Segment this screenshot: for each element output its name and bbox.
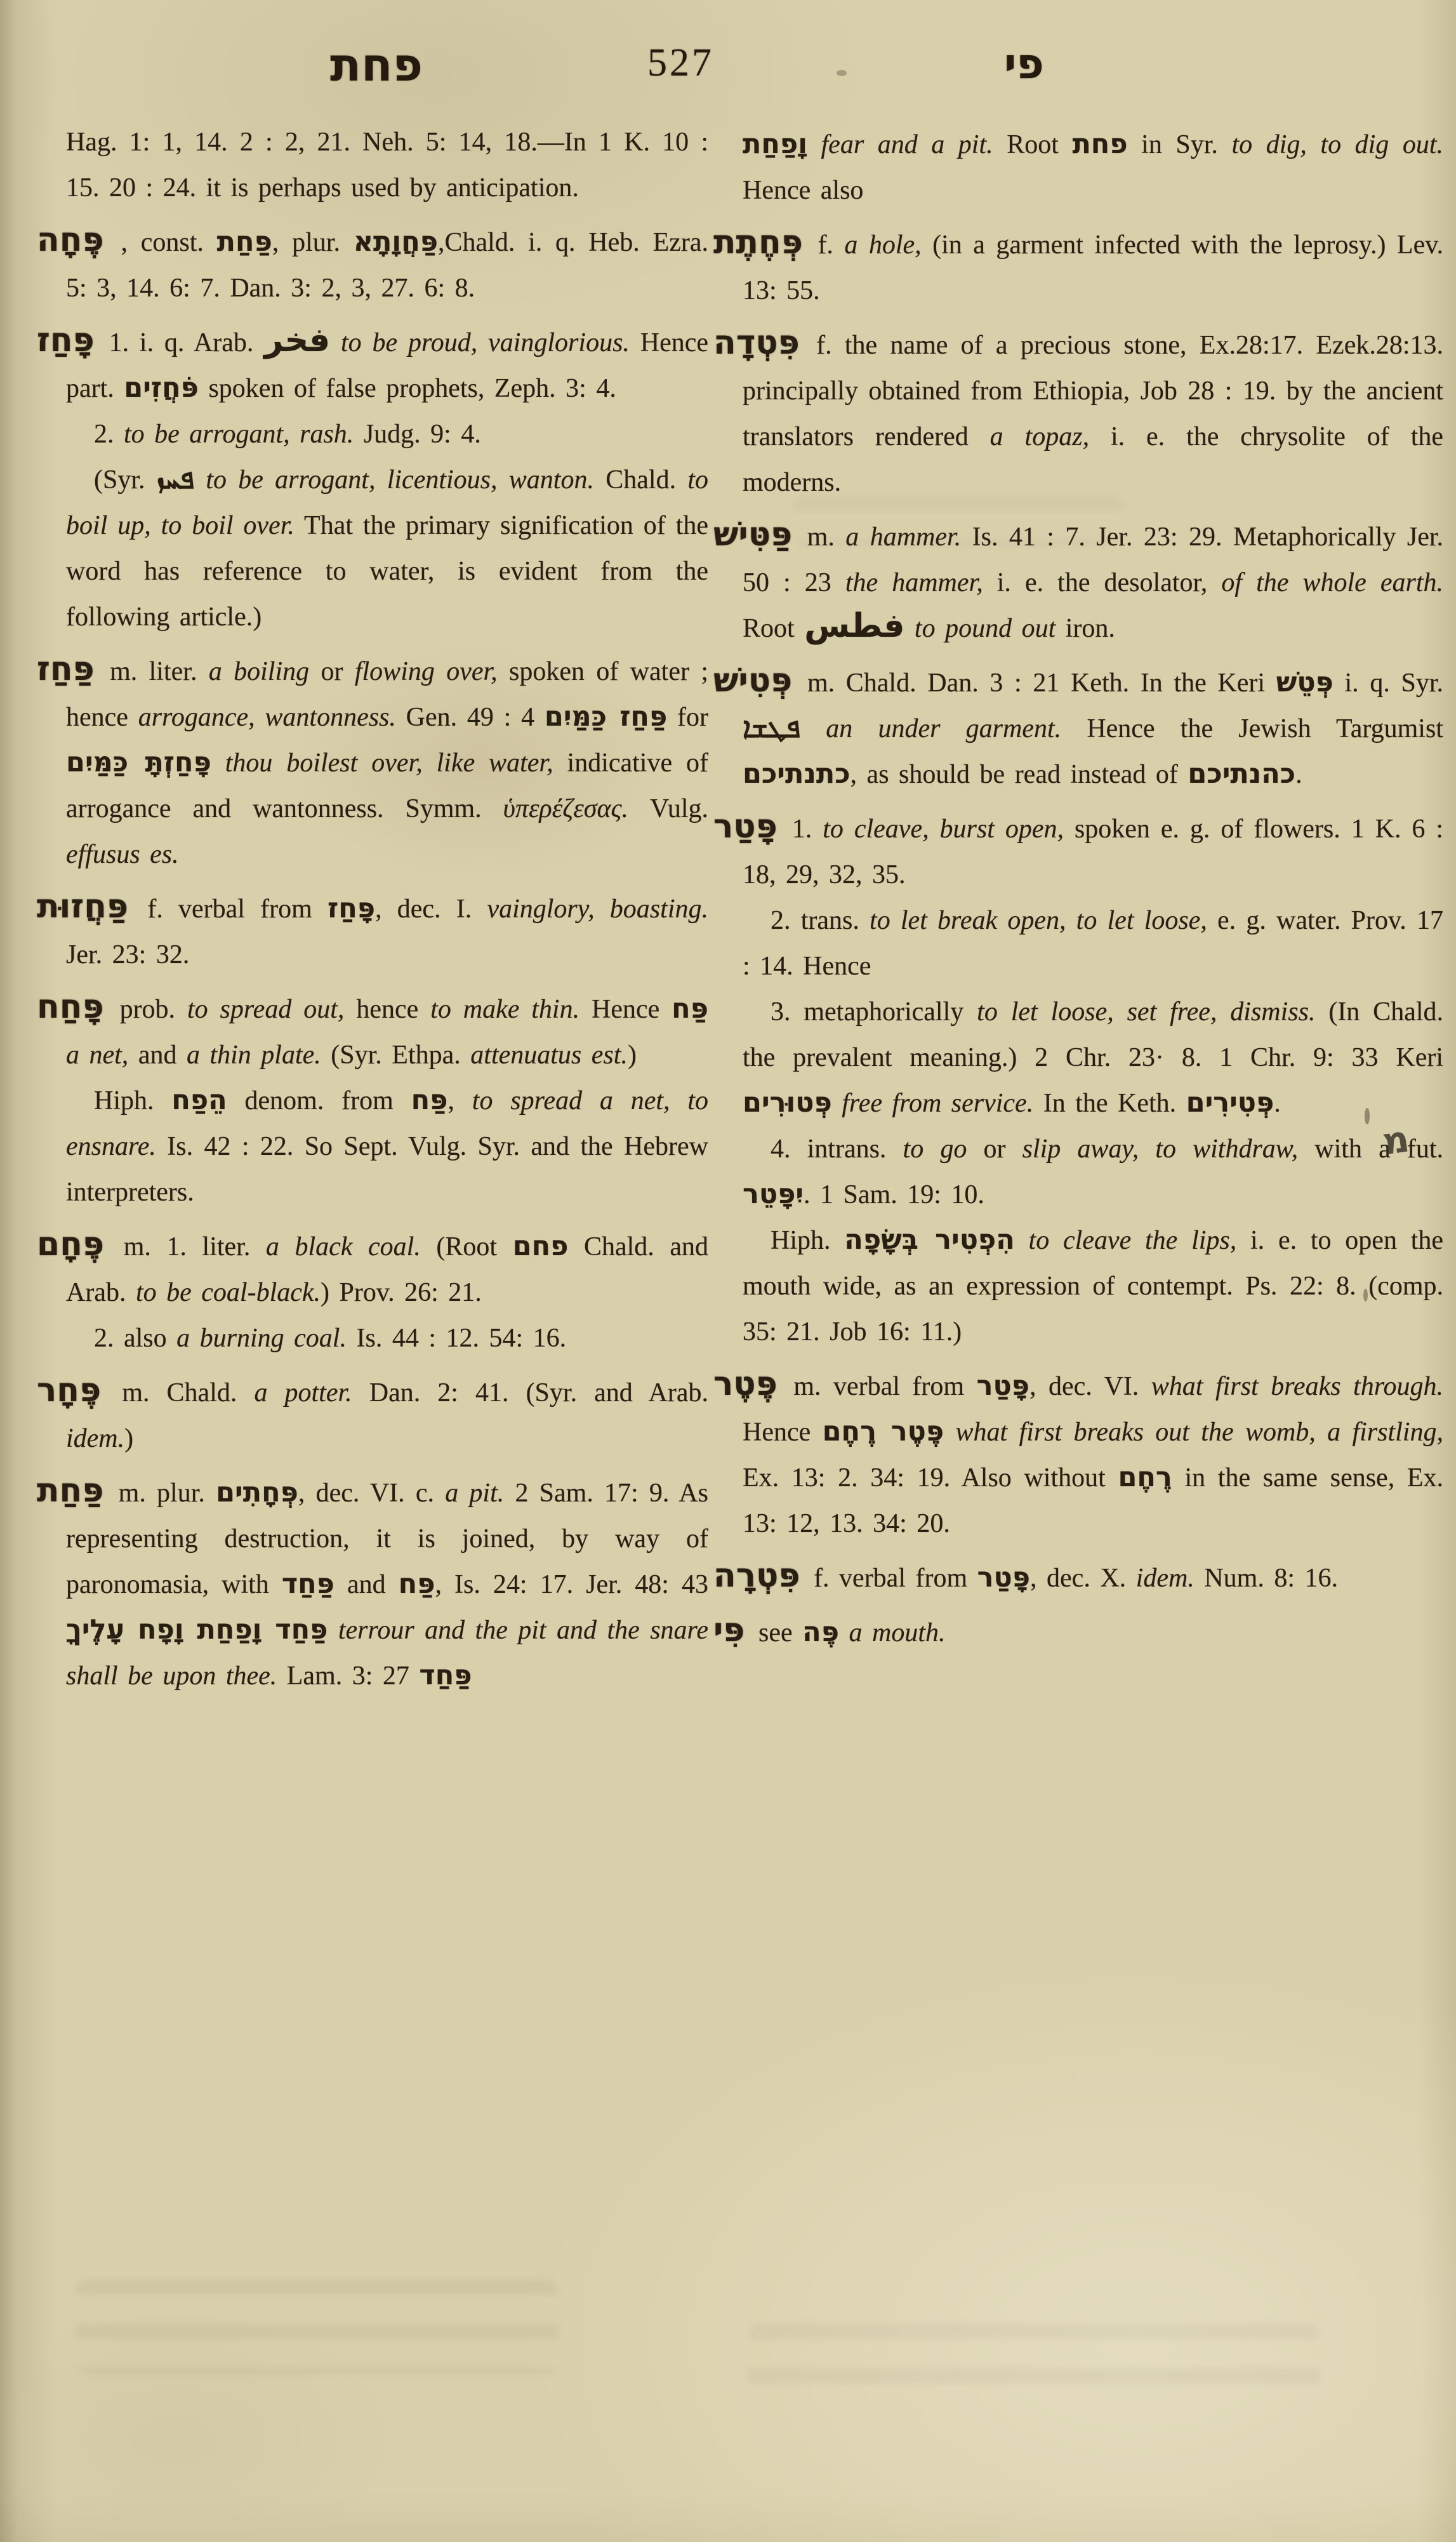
roman-text: . — [1295, 760, 1302, 789]
roman-text: Hiph. — [94, 1086, 171, 1115]
italic-text: a black coal. — [266, 1232, 421, 1261]
inline-hebrew: פחם — [513, 1230, 569, 1262]
dictionary-entry-paragraph: פִּי see פֶּה a mouth. — [743, 1610, 1443, 1656]
italic-text: to make thin. — [430, 995, 579, 1024]
roman-text: Is. 44 : 12. 54: 16. — [347, 1324, 566, 1353]
roman-text: Hence also — [743, 176, 863, 205]
roman-text — [330, 328, 341, 357]
inline-hebrew: פָּחַז — [328, 893, 375, 924]
roman-text: see — [758, 1618, 802, 1647]
italic-text: a burning coal. — [176, 1324, 347, 1353]
roman-text: (Syr. Ethpa. — [321, 1041, 470, 1070]
italic-text: a net, — [66, 1041, 128, 1070]
page-header: פחת 527 פי — [0, 33, 1456, 103]
dictionary-entry-paragraph: 2. trans. to let break open, to let loos… — [743, 898, 1443, 989]
roman-text — [807, 130, 821, 159]
roman-text: , as should be read instead of — [850, 760, 1188, 789]
inline-hebrew: פַּח — [672, 993, 708, 1025]
inline-hebrew: רֶחֶם — [1118, 1461, 1172, 1493]
italic-text: attenuatus est. — [470, 1041, 628, 1070]
roman-text: m. plur. — [119, 1479, 216, 1508]
roman-text: Vulg. — [628, 794, 708, 823]
roman-text: Hence — [579, 995, 672, 1024]
continuation-paragraph: וָפַחַת fear and a pit. Root פחת in Syr.… — [743, 122, 1443, 213]
bleedthrough-smudge — [76, 2279, 559, 2374]
italic-text: a mouth. — [849, 1618, 945, 1647]
inline-hebrew: פְּטֵשׁ — [1276, 667, 1334, 698]
inline-hebrew: פַּחֲוָתָא — [354, 226, 438, 258]
italic-text: vainglory, boasting. — [487, 895, 708, 924]
roman-text: 1. i. q. Arab. — [109, 328, 265, 357]
italic-text: a boiling — [209, 657, 309, 686]
roman-text: i. e. the desolator, — [983, 568, 1222, 597]
header-catchword-right: פי — [1004, 39, 1044, 88]
dictionary-entry-paragraph: פֶּחָה , const. פַּחַת, plur. פַּחֲוָתָא… — [66, 220, 708, 311]
italic-text: effusus es. — [66, 840, 179, 869]
inline-hebrew: פַּח — [411, 1084, 448, 1116]
roman-text: , plur. — [272, 228, 354, 257]
roman-text: , dec. I. — [375, 895, 487, 924]
italic-text: a pit. — [445, 1479, 504, 1508]
roman-text — [800, 714, 826, 743]
roman-text: , — [447, 1086, 472, 1115]
dictionary-entry-paragraph: פְּחֶתֶת f. a hole, (in a garment infect… — [743, 222, 1443, 314]
dictionary-entry-paragraph: פַּחַת m. plur. פְּחָתִים, dec. VI. c. a… — [66, 1470, 708, 1699]
italic-text: a topaz, — [990, 422, 1089, 451]
hebrew-headword: פַּחֲזוּת — [37, 888, 132, 926]
italic-text: thou boilest over, like water, — [225, 749, 553, 778]
bleedthrough-smudge — [749, 2324, 1320, 2400]
italic-text: to be proud, vainglorious. — [341, 328, 630, 357]
italic-text: idem. — [1136, 1564, 1195, 1593]
dictionary-entry-paragraph: פִּטְדָה f. the name of a precious stone… — [743, 323, 1443, 505]
italic-text: to let loose, set free, dismiss. — [977, 997, 1315, 1027]
dictionary-entry-paragraph: פָּטַר 1. to cleave, burst open, spoken … — [743, 806, 1443, 898]
italic-text: to cleave the lips, — [1029, 1226, 1237, 1255]
dictionary-entry-paragraph: פֶּטֶר m. verbal from פָּטַר, dec. VI. w… — [743, 1364, 1443, 1547]
dictionary-entry-paragraph: 3. metaphorically to let loose, set free… — [743, 989, 1443, 1126]
hebrew-headword: פֶּחָה — [37, 221, 108, 259]
roman-text: , dec. VI. c. — [298, 1479, 445, 1508]
roman-text: , dec. X. — [1030, 1564, 1136, 1593]
hebrew-headword: פְּחֶתֶת — [713, 223, 807, 262]
inline-hebrew: כהנתיכם — [1188, 758, 1295, 790]
hebrew-headword: פֶּחָם — [37, 1225, 108, 1263]
italic-text: to be arrogant, licentious, wanton. — [206, 465, 594, 495]
dictionary-entry-paragraph: 2. to be arrogant, rash. Judg. 9: 4. — [66, 411, 708, 457]
italic-text: to let break open, to let loose, — [870, 906, 1207, 935]
roman-text: Num. 8: 16. — [1195, 1564, 1338, 1593]
roman-text: Hence the Jewish Targumist — [1061, 714, 1443, 743]
inline-hebrew: פֶּטֶר רֶחֶם — [823, 1416, 944, 1447]
hebrew-headword: פִּי — [713, 1611, 749, 1649]
roman-text: denom. from — [227, 1086, 411, 1115]
italic-text: an under garment. — [826, 714, 1061, 743]
roman-text: Dan. 2: 41. (Syr. and Arab. — [352, 1378, 708, 1407]
hebrew-headword: פֶּטֶר — [713, 1365, 781, 1403]
italic-text: slip away, to withdraw, — [1023, 1135, 1299, 1164]
dictionary-entry-paragraph: Hiph. הֵפַח denom. from פַּח, to spread … — [66, 1078, 708, 1215]
hebrew-headword: פָּטַר — [713, 808, 781, 846]
roman-text: Hiph. — [771, 1226, 844, 1255]
paper-speck — [837, 70, 847, 76]
book-page: פחת 527 פי Hag. 1: 1, 14. 2 : 2, 21. Neh… — [0, 0, 1456, 2542]
roman-text: m. verbal from — [793, 1372, 976, 1401]
roman-text: (Root — [421, 1232, 513, 1261]
inline-hebrew: פַּחַד — [419, 1660, 472, 1691]
page-number: 527 — [647, 41, 714, 86]
roman-text: m. Chald. — [122, 1378, 254, 1407]
dictionary-entry-paragraph: פִּטְרָה f. verbal from פָּטַר, dec. X. … — [743, 1555, 1443, 1601]
roman-text: i. q. Syr. — [1334, 669, 1443, 698]
inline-hebrew: יִפָּטֵר — [743, 1178, 804, 1210]
roman-text: spoken of false prophets, Zeph. 3: 4. — [199, 374, 616, 403]
hebrew-headword: פָּחַז — [37, 321, 98, 359]
roman-text: m. Chald. Dan. 3 : 21 Keth. In the Keri — [807, 669, 1276, 698]
roman-text: Jer. 23: 32. — [66, 940, 189, 969]
roman-text: prob. — [120, 995, 187, 1024]
roman-text: Ex. 13: 2. 34: 19. Also without — [743, 1463, 1118, 1493]
hebrew-headword: פָּחַח — [37, 988, 108, 1026]
roman-text: in Syr. — [1128, 130, 1232, 159]
roman-text: hence — [344, 995, 430, 1024]
paper-speck — [1363, 1289, 1368, 1301]
dictionary-entry-paragraph: 4. intrans. to go or slip away, to withd… — [743, 1126, 1443, 1218]
italic-text: to be arrogant, rash. — [124, 420, 354, 449]
roman-text: m. liter. — [110, 657, 209, 686]
roman-text: 2. trans. — [771, 906, 870, 935]
roman-text: 4. intrans. — [771, 1135, 903, 1164]
inline-hebrew: הִפְטִיר בְּשָׂפָה — [844, 1224, 1014, 1256]
roman-text: , dec. VI. — [1029, 1372, 1151, 1401]
hebrew-headword: פִּטְרָה — [713, 1557, 804, 1595]
inline-hebrew: פחת — [1072, 128, 1127, 160]
inline-hebrew: הֵפַח — [171, 1084, 227, 1116]
roman-text: Chald. — [594, 465, 687, 495]
dictionary-entry-paragraph: פֶּחָר m. Chald. a potter. Dan. 2: 41. (… — [66, 1370, 708, 1461]
inline-arabic: فخر — [264, 321, 330, 359]
roman-text — [1015, 1226, 1029, 1255]
hebrew-headword: פִּטְדָה — [713, 324, 804, 362]
dictionary-entry-paragraph: פָּחַח prob. to spread out, hence to mak… — [66, 987, 708, 1078]
roman-text: 3. metaphorically — [771, 997, 977, 1027]
roman-text — [904, 614, 915, 643]
hebrew-headword: פַּחַז — [37, 650, 98, 688]
left-column: Hag. 1: 1, 14. 2 : 2, 21. Neh. 5: 14, 18… — [37, 119, 708, 1699]
roman-text — [328, 1616, 338, 1645]
dictionary-entry-paragraph: פֶּחָם m. 1. liter. a black coal. (Root … — [66, 1224, 708, 1315]
paper-speck — [1365, 1108, 1370, 1124]
dictionary-entry-paragraph: 2. also a burning coal. Is. 44 : 12. 54:… — [66, 1315, 708, 1361]
inline-hebrew: פָּחַזְתָּ כַּמַּיִם — [66, 747, 211, 778]
roman-text: 2. — [94, 420, 124, 449]
roman-text: ) — [628, 1041, 637, 1070]
inline-hebrew: פַּחַד — [282, 1568, 334, 1600]
roman-text: Judg. 9: 4. — [354, 420, 481, 449]
dictionary-entry-paragraph: (Syr. ܦܚܙ to be arrogant, licentious, wa… — [66, 457, 708, 640]
roman-text: ) Prov. 26: 21. — [321, 1278, 482, 1307]
hebrew-headword: פְּטִישׁ — [713, 662, 796, 700]
inline-hebrew: פֹּחֲזִים — [124, 372, 199, 404]
dictionary-entry-paragraph: פָּחַז 1. i. q. Arab. فخر to be proud, v… — [66, 320, 708, 411]
inline-syriac: ܦܚܙ — [157, 463, 194, 495]
italic-text: to go — [903, 1135, 967, 1164]
roman-text: 1. — [792, 815, 823, 844]
italic-text: flowing over, — [355, 657, 498, 686]
roman-text: Hence — [743, 1418, 823, 1447]
inline-arabic: فطس — [804, 607, 904, 645]
italic-text: to dig, to dig out. — [1231, 130, 1443, 159]
inline-hebrew: פַּחַז כַּמַּיִם — [545, 701, 667, 733]
italic-text: a hole, — [844, 230, 921, 260]
roman-text: with a fut. — [1298, 1135, 1443, 1164]
roman-text: or — [967, 1135, 1022, 1164]
roman-text: Lam. 3: 27 — [277, 1661, 419, 1691]
dictionary-entry-paragraph: Hiph. הִפְטִיר בְּשָׂפָה to cleave the l… — [743, 1218, 1443, 1355]
roman-text: for — [667, 703, 708, 732]
roman-text: Hag. 1: 1, 14. 2 : 2, 21. Neh. 5: 14, 18… — [66, 128, 708, 203]
roman-text: or — [309, 657, 355, 686]
inline-hebrew: פֶּה — [802, 1616, 839, 1648]
continuation-paragraph: Hag. 1: 1, 14. 2 : 2, 21. Neh. 5: 14, 18… — [66, 119, 708, 211]
inline-hebrew: פְּטוּרִים — [743, 1087, 832, 1119]
header-catchword-left: פחת — [330, 38, 423, 91]
inline-hebrew: כתנתיכם — [743, 758, 850, 790]
inline-hebrew: פָּטַר — [977, 1370, 1029, 1402]
hebrew-headword: פַּטִּישׁ — [713, 516, 796, 554]
inline-hebrew: פָּטַר — [977, 1562, 1030, 1594]
roman-text: , Is. 24: 17. Jer. 48: 43 — [435, 1570, 708, 1599]
roman-text — [194, 465, 206, 495]
inline-hebrew: פְּחָתִים — [216, 1477, 298, 1508]
inline-hebrew: וָפַחַת — [743, 128, 807, 160]
roman-text: f. — [817, 230, 844, 260]
italic-text: to spread out, — [187, 995, 344, 1024]
roman-text: ) — [124, 1424, 133, 1453]
roman-text: and — [334, 1570, 399, 1599]
bleedthrough-smudge — [793, 495, 1123, 546]
inline-syriac: ܦܛܫܐ — [743, 712, 800, 744]
right-column: וָפַחַת fear and a pit. Root פחת in Syr.… — [713, 122, 1443, 1656]
inline-hebrew: פַּח — [399, 1568, 435, 1600]
italic-text: a potter. — [254, 1378, 352, 1407]
italic-text: to cleave, burst open, — [823, 815, 1064, 844]
italic-text: a thin plate. — [187, 1041, 321, 1070]
roman-text: iron. — [1056, 614, 1115, 643]
roman-text — [211, 749, 225, 778]
roman-text: f. verbal from — [814, 1564, 977, 1593]
roman-text: (Syr. — [94, 465, 157, 495]
italic-text: idem. — [66, 1424, 124, 1453]
italic-text: to be coal-black. — [136, 1278, 321, 1307]
dictionary-entry-paragraph: פַּחֲזוּת f. verbal from פָּחַז, dec. I.… — [66, 886, 708, 978]
hebrew-headword: פַּחַת — [37, 1472, 107, 1510]
roman-text: and — [128, 1041, 187, 1070]
italic-text: fear and a pit. — [821, 130, 993, 159]
roman-text: Is. 42 : 22. So Sept. Vulg. Syr. and the… — [66, 1132, 708, 1207]
dictionary-entry-paragraph: פְּטִישׁ m. Chald. Dan. 3 : 21 Keth. In … — [743, 660, 1443, 797]
inline-hebrew: פְּטִירִים — [1186, 1087, 1274, 1119]
italic-text: what first breaks through. — [1151, 1372, 1443, 1401]
roman-text: Root — [993, 130, 1073, 159]
roman-text: Gen. 49 : 4 — [396, 703, 545, 732]
inline-hebrew: פַּחַד וָפַחַת וָפָח עָלֶיךָ — [66, 1614, 328, 1646]
roman-text: . 1 Sam. 19: 10. — [804, 1180, 984, 1209]
italic-text: free from service. — [842, 1089, 1033, 1118]
roman-text — [839, 1618, 849, 1647]
dictionary-entry-paragraph: פַּחַז m. liter. a boiling or flowing ov… — [66, 649, 708, 877]
roman-text: In the Keth. — [1033, 1089, 1186, 1118]
italic-text: what first breaks out the womb, a firstl… — [956, 1418, 1444, 1447]
roman-text: 2. also — [94, 1324, 176, 1353]
roman-text — [944, 1418, 955, 1447]
hebrew-headword: פֶּחָר — [37, 1371, 105, 1409]
italic-text: of the whole earth. — [1221, 568, 1443, 597]
italic-text: to pound out — [915, 614, 1056, 643]
roman-text: f. verbal from — [147, 895, 328, 924]
inline-hebrew: פַּחַת — [217, 226, 272, 258]
roman-text: , const. — [121, 228, 216, 257]
italic-text: the hammer, — [845, 568, 983, 597]
italic-text: arrogance, wantonness. — [138, 703, 396, 732]
inline-greek: ὑπερέζεσας. — [503, 794, 628, 823]
roman-text — [832, 1089, 842, 1118]
roman-text: m. 1. liter. — [124, 1232, 266, 1261]
roman-text: . — [1274, 1089, 1281, 1118]
roman-text: Root — [743, 614, 804, 643]
